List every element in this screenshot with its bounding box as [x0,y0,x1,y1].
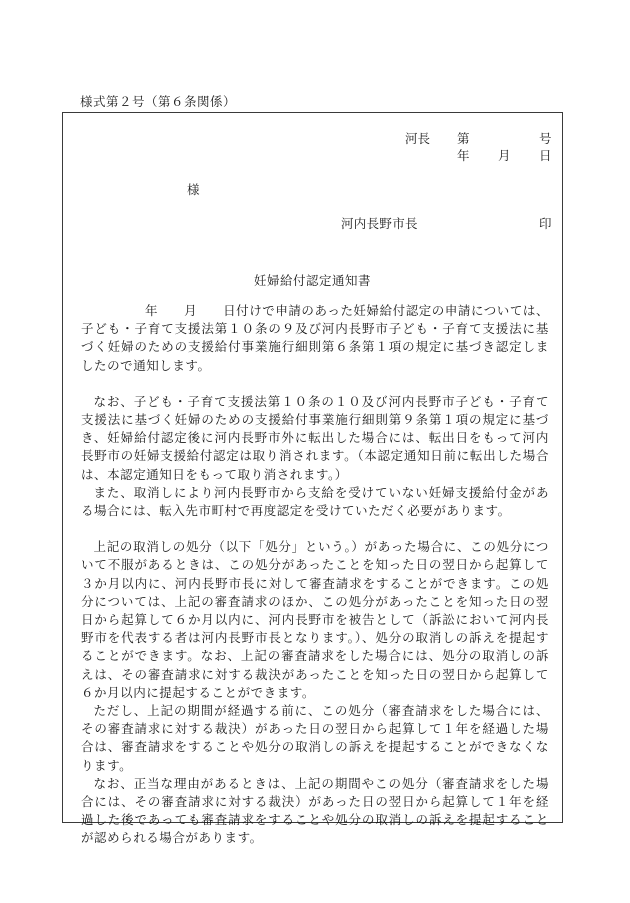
appeal-paragraph: ただし、上記の期間が経過する前に、この処分（審査請求をした場合には、その審査請求… [81,702,549,775]
appeal-paragraph: なお、正当な理由があるときは、上記の期間やこの処分（審査請求をした場合には、その… [81,775,549,848]
recipient-honorific: 様 [187,182,200,198]
document-body: 年月日付けで申請のあった妊婦給付認定の申請については、子ども・子育て支援法第１０… [81,302,549,848]
form-number-label: 様式第２号（第６条関係） [80,94,236,110]
notice-frame: 河長 第 号 年 月 日 様 河内長野市長 印 妊婦給付認定通知書 年月日付けで… [62,112,563,823]
date-year-label: 年 [457,148,470,164]
doc-number-suffix: 号 [539,131,552,147]
intro-month-label: 月 [184,303,197,318]
notice-paragraph: なお、子ども・子育て支援法第１０条の１０及び河内長野市子ども・子育て支援法に基づ… [81,393,549,484]
date-day-label: 日 [539,148,552,164]
issuer-prefix: 河長 [405,131,430,147]
doc-number-prefix: 第 [457,131,470,147]
document-title: 妊婦給付認定通知書 [63,271,562,289]
date-month-label: 月 [498,148,511,164]
seal-mark: 印 [539,216,552,232]
appeal-paragraph: 上記の取消しの処分（以下「処分」という。）があった場合に、この処分について不服が… [81,538,549,702]
notice-paragraph: また、取消しにより河内長野市から支給を受けていない妊婦支援給付金がある場合には、… [81,484,549,520]
intro-year-label: 年 [145,303,158,318]
intro-paragraph: 年月日付けで申請のあった妊婦給付認定の申請については、子ども・子育て支援法第１０… [81,302,549,375]
sender-name: 河内長野市長 [341,216,418,232]
